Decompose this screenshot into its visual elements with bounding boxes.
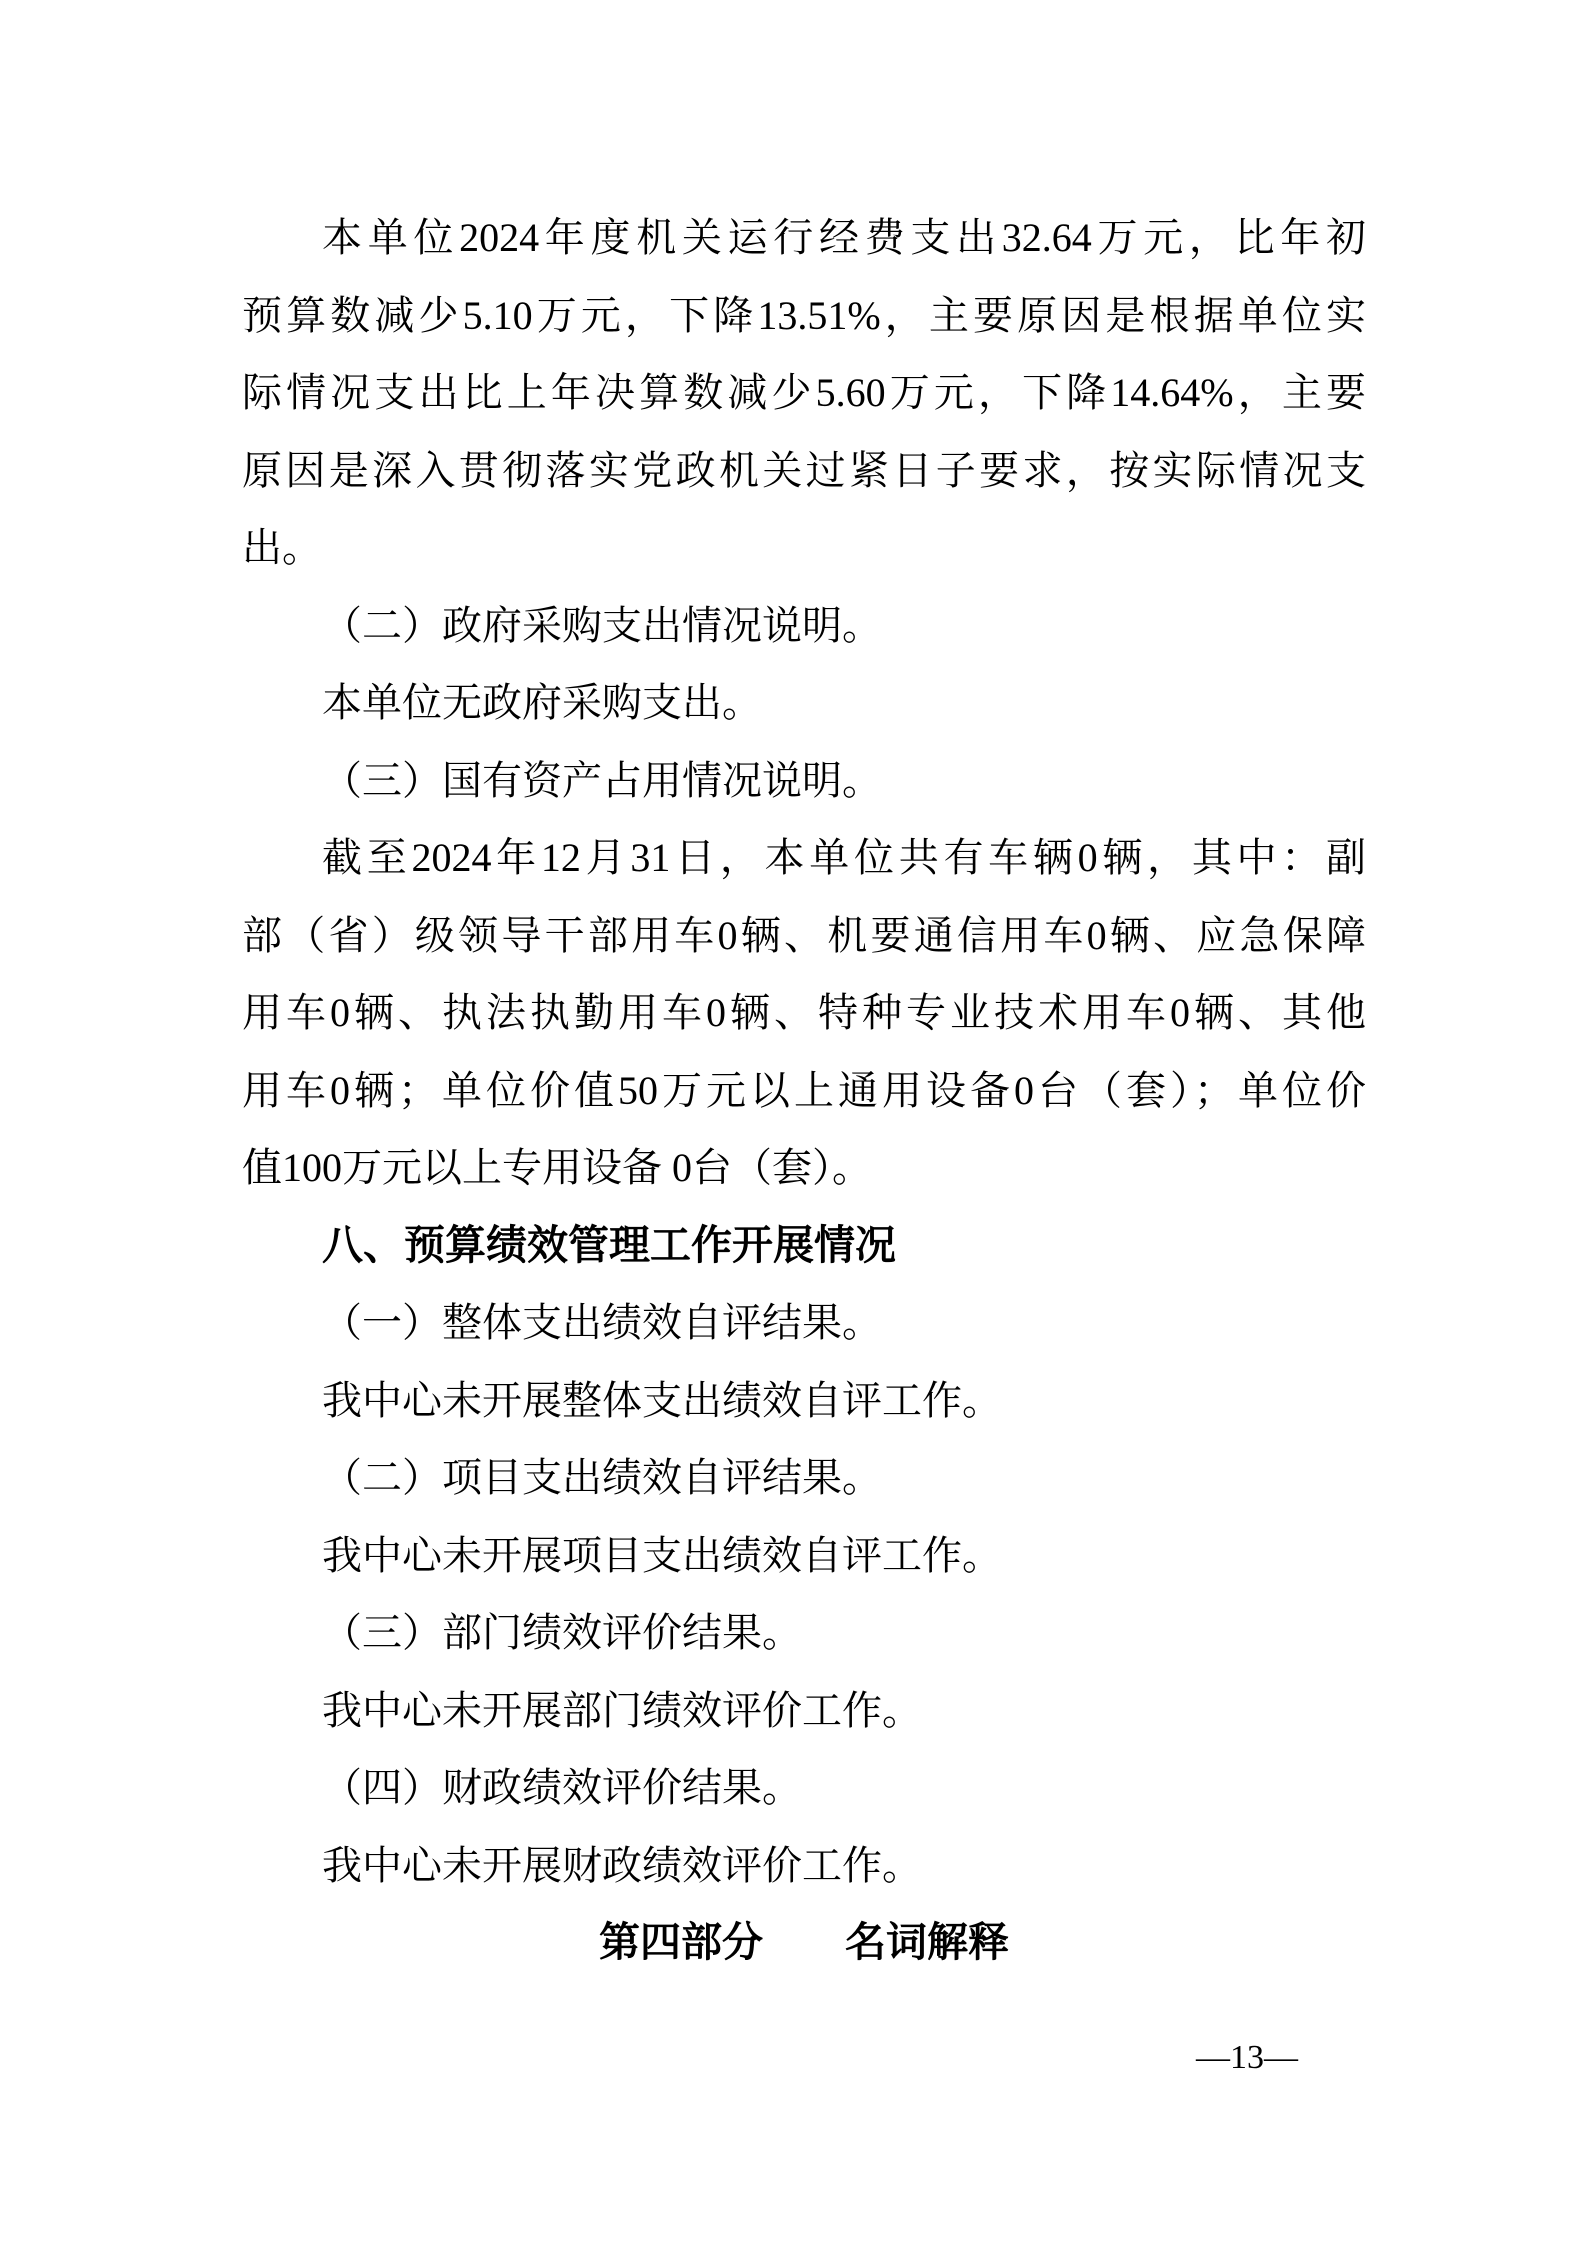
text-line: （三）国有资产占用情况说明。: [242, 742, 1366, 820]
section-heading: 八、预算绩效管理工作开展情况: [242, 1207, 1366, 1285]
text-line: 我中心未开展财政绩效评价工作。: [242, 1827, 1366, 1905]
text-line: 用车0辆；单位价值50万元以上通用设备0台（套）；单位价: [242, 1052, 1366, 1130]
paragraph: 我中心未开展财政绩效评价工作。: [242, 1827, 1366, 1905]
paragraph: 本单位2024年度机关运行经费支出32.64万元，比年初预算数减少5.10万元，…: [242, 199, 1366, 587]
text-line: 我中心未开展项目支出绩效自评工作。: [242, 1517, 1366, 1595]
paragraph: 我中心未开展项目支出绩效自评工作。: [242, 1517, 1366, 1595]
text-line: 预算数减少5.10万元，下降13.51%，主要原因是根据单位实: [242, 277, 1366, 355]
text-line: （三）部门绩效评价结果。: [242, 1594, 1366, 1672]
text-line: 我中心未开展部门绩效评价工作。: [242, 1672, 1366, 1750]
paragraph: （一）整体支出绩效自评结果。: [242, 1284, 1366, 1362]
paragraph: 我中心未开展整体支出绩效自评工作。: [242, 1362, 1366, 1440]
text-line: 八、预算绩效管理工作开展情况: [242, 1207, 1366, 1285]
paragraph: 截至2024年12月31日，本单位共有车辆0辆，其中：副部（省）级领导干部用车0…: [242, 819, 1366, 1207]
text-line: 际情况支出比上年决算数减少5.60万元，下降14.64%，主要: [242, 354, 1366, 432]
text-line: （二）政府采购支出情况说明。: [242, 587, 1366, 665]
text-line: 本单位无政府采购支出。: [242, 664, 1366, 742]
text-line: 截至2024年12月31日，本单位共有车辆0辆，其中：副: [242, 819, 1366, 897]
paragraph: （三）部门绩效评价结果。: [242, 1594, 1366, 1672]
text-line: （四）财政绩效评价结果。: [242, 1749, 1366, 1827]
paragraph: （三）国有资产占用情况说明。: [242, 742, 1366, 820]
paragraph: （二）项目支出绩效自评结果。: [242, 1439, 1366, 1517]
text-line: （一）整体支出绩效自评结果。: [242, 1284, 1366, 1362]
text-line: 原因是深入贯彻落实党政机关过紧日子要求，按实际情况支: [242, 432, 1366, 510]
paragraph: 我中心未开展部门绩效评价工作。: [242, 1672, 1366, 1750]
paragraph: 本单位无政府采购支出。: [242, 664, 1366, 742]
page: 本单位2024年度机关运行经费支出32.64万元，比年初预算数减少5.10万元，…: [0, 0, 1587, 2245]
text-line: 本单位2024年度机关运行经费支出32.64万元，比年初: [242, 199, 1366, 277]
part-heading: 第四部分 名词解释: [242, 1904, 1366, 1982]
text-line: 我中心未开展整体支出绩效自评工作。: [242, 1362, 1366, 1440]
text-line: 值100万元以上专用设备 0台（套）。: [242, 1129, 1366, 1207]
text-line: 用车0辆、执法执勤用车0辆、特种专业技术用车0辆、其他: [242, 974, 1366, 1052]
text-line: 部（省）级领导干部用车0辆、机要通信用车0辆、应急保障: [242, 897, 1366, 975]
text-line: 第四部分 名词解释: [242, 1904, 1366, 1982]
page-number: —13—: [1196, 2040, 1298, 2076]
text-line: 出。: [242, 509, 1366, 587]
document-body: 本单位2024年度机关运行经费支出32.64万元，比年初预算数减少5.10万元，…: [242, 199, 1366, 1982]
text-line: （二）项目支出绩效自评结果。: [242, 1439, 1366, 1517]
paragraph: （二）政府采购支出情况说明。: [242, 587, 1366, 665]
paragraph: （四）财政绩效评价结果。: [242, 1749, 1366, 1827]
